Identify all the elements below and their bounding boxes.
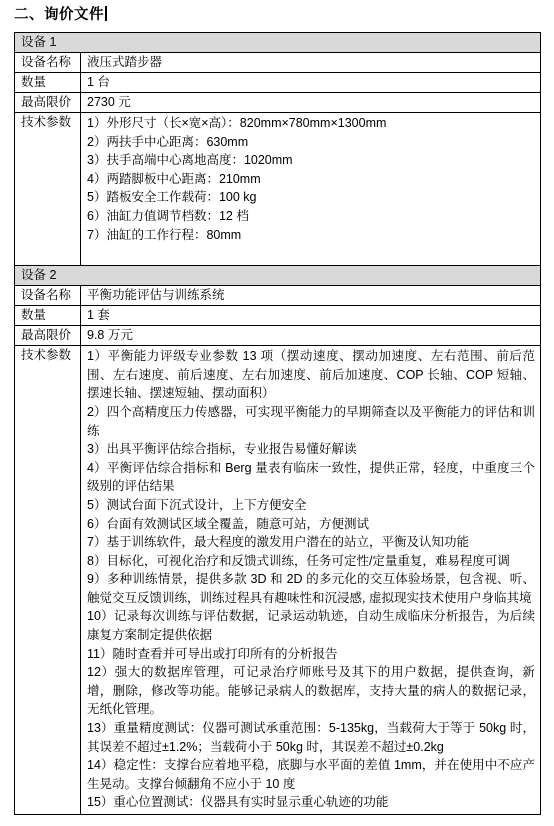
equipment2-section-header: 设备 2 xyxy=(15,266,541,286)
tech-param-item: 12）强大的数据库管理，可记录治疗师账号及其下的用户数据，提供查询，新增，删除，… xyxy=(87,663,535,719)
equipment1-name: 液压式踏步器 xyxy=(81,53,541,73)
tech-param-item: 3）出具平衡评估综合指标，专业报告易懂好解读 xyxy=(87,440,535,459)
tech-param-item: 13）重量精度测试：仪器可测试承重范围：5-135kg，当载荷大于等于 50kg… xyxy=(87,719,535,756)
table-row: 最高限价 2730 元 xyxy=(15,93,541,113)
tech-param-item: 15）重心位置测试：仪器具有实时显示重心轨迹的功能 xyxy=(87,793,535,812)
inquiry-table: 设备 1 设备名称 液压式踏步器 数量 1 台 最高限价 2730 元 技术参数… xyxy=(14,32,541,815)
tech-param-item: 6）台面有效测试区域全覆盖，随意可站，方便测试 xyxy=(87,515,535,534)
equipment1-tech-params: 1）外形尺寸（长×宽×高）：820mm×780mm×1300mm 2）两扶手中心… xyxy=(81,113,541,266)
label-max-price: 最高限价 xyxy=(15,93,81,113)
tech-param-item: 4）平衡评估综合指标和 Berg 量表有临床一致性，提供正常，轻度，中重度三个级… xyxy=(87,459,535,496)
table-row: 设备 2 xyxy=(15,266,541,286)
table-row: 最高限价 9.8 万元 xyxy=(15,326,541,346)
page-title-text: 二、询价文件 xyxy=(14,7,104,23)
label-max-price: 最高限价 xyxy=(15,326,81,346)
equipment2-quantity: 1 套 xyxy=(81,306,541,326)
table-row: 技术参数 1）外形尺寸（长×宽×高）：820mm×780mm×1300mm 2）… xyxy=(15,113,541,266)
equipment1-section-header: 设备 1 xyxy=(15,33,541,53)
equipment2-name: 平衡功能评估与训练系统 xyxy=(81,286,541,306)
label-quantity: 数量 xyxy=(15,73,81,93)
tech-param-item: 3）扶手高端中心离地高度：1020mm xyxy=(87,151,535,170)
equipment1-max-price: 2730 元 xyxy=(81,93,541,113)
tech-param-item: 2）四个高精度压力传感器，可实现平衡能力的早期筛查以及平衡能力的评估和训练 xyxy=(87,403,535,440)
tech-param-item: 6）油缸力值调节档数：12 档 xyxy=(87,207,535,226)
table-row: 技术参数 1）平衡能力评级专业参数 13 项（摆动速度、摆动加速度、左右范围、前… xyxy=(15,346,541,815)
tech-param-item: 1）平衡能力评级专业参数 13 项（摆动速度、摆动加速度、左右范围、前后范围、左… xyxy=(87,347,535,403)
table-row: 设备 1 xyxy=(15,33,541,53)
table-row: 设备名称 液压式踏步器 xyxy=(15,53,541,73)
tech-param-item: 7）油缸的工作行程：80mm xyxy=(87,226,535,245)
label-quantity: 数量 xyxy=(15,306,81,326)
table-row: 数量 1 套 xyxy=(15,306,541,326)
tech-param-item: 1）外形尺寸（长×宽×高）：820mm×780mm×1300mm xyxy=(87,114,535,133)
tech-param-item: 7）基于训练软件，最大程度的激发用户潜在的站立，平衡及认知功能 xyxy=(87,533,535,552)
document-page[interactable]: 二、询价文件 设备 1 设备名称 液压式踏步器 数量 1 台 最高限价 2730… xyxy=(0,0,554,815)
tech-param-item: 10）记录每次训练与评估数据，记录运动轨迹，自动生成临床分析报告，为后续康复方案… xyxy=(87,607,535,644)
tech-param-item: 8）目标化，可视化治疗和反馈式训练，任务可定性/定量重复，难易程度可调 xyxy=(87,552,535,571)
tech-param-item: 2）两扶手中心距离：630mm xyxy=(87,133,535,152)
label-tech-params: 技术参数 xyxy=(15,113,81,266)
page-title: 二、询价文件 xyxy=(14,5,541,25)
table-row: 设备名称 平衡功能评估与训练系统 xyxy=(15,286,541,306)
equipment1-quantity: 1 台 xyxy=(81,73,541,93)
tech-param-item: 14）稳定性：支撑台应着地平稳，底脚与水平面的差值 1mm，并在使用中不应产生晃… xyxy=(87,756,535,793)
tech-param-item: 11）随时查看并可导出或打印所有的分析报告 xyxy=(87,645,535,664)
tech-param-item: 5）测试台面下沉式设计，上下方便安全 xyxy=(87,496,535,515)
label-device-name: 设备名称 xyxy=(15,286,81,306)
label-device-name: 设备名称 xyxy=(15,53,81,73)
label-tech-params: 技术参数 xyxy=(15,346,81,815)
equipment2-tech-params: 1）平衡能力评级专业参数 13 项（摆动速度、摆动加速度、左右范围、前后范围、左… xyxy=(81,346,541,815)
tech-param-item: 4）两踏脚板中心距离：210mm xyxy=(87,170,535,189)
table-row: 数量 1 台 xyxy=(15,73,541,93)
equipment2-max-price: 9.8 万元 xyxy=(81,326,541,346)
tech-param-item: 5）踏板安全工作载荷：100 kg xyxy=(87,188,535,207)
tech-param-item: 9）多种训练情景，提供多款 3D 和 2D 的多元化的交互体验场景，包含视、听、… xyxy=(87,570,535,607)
text-cursor xyxy=(105,6,107,21)
